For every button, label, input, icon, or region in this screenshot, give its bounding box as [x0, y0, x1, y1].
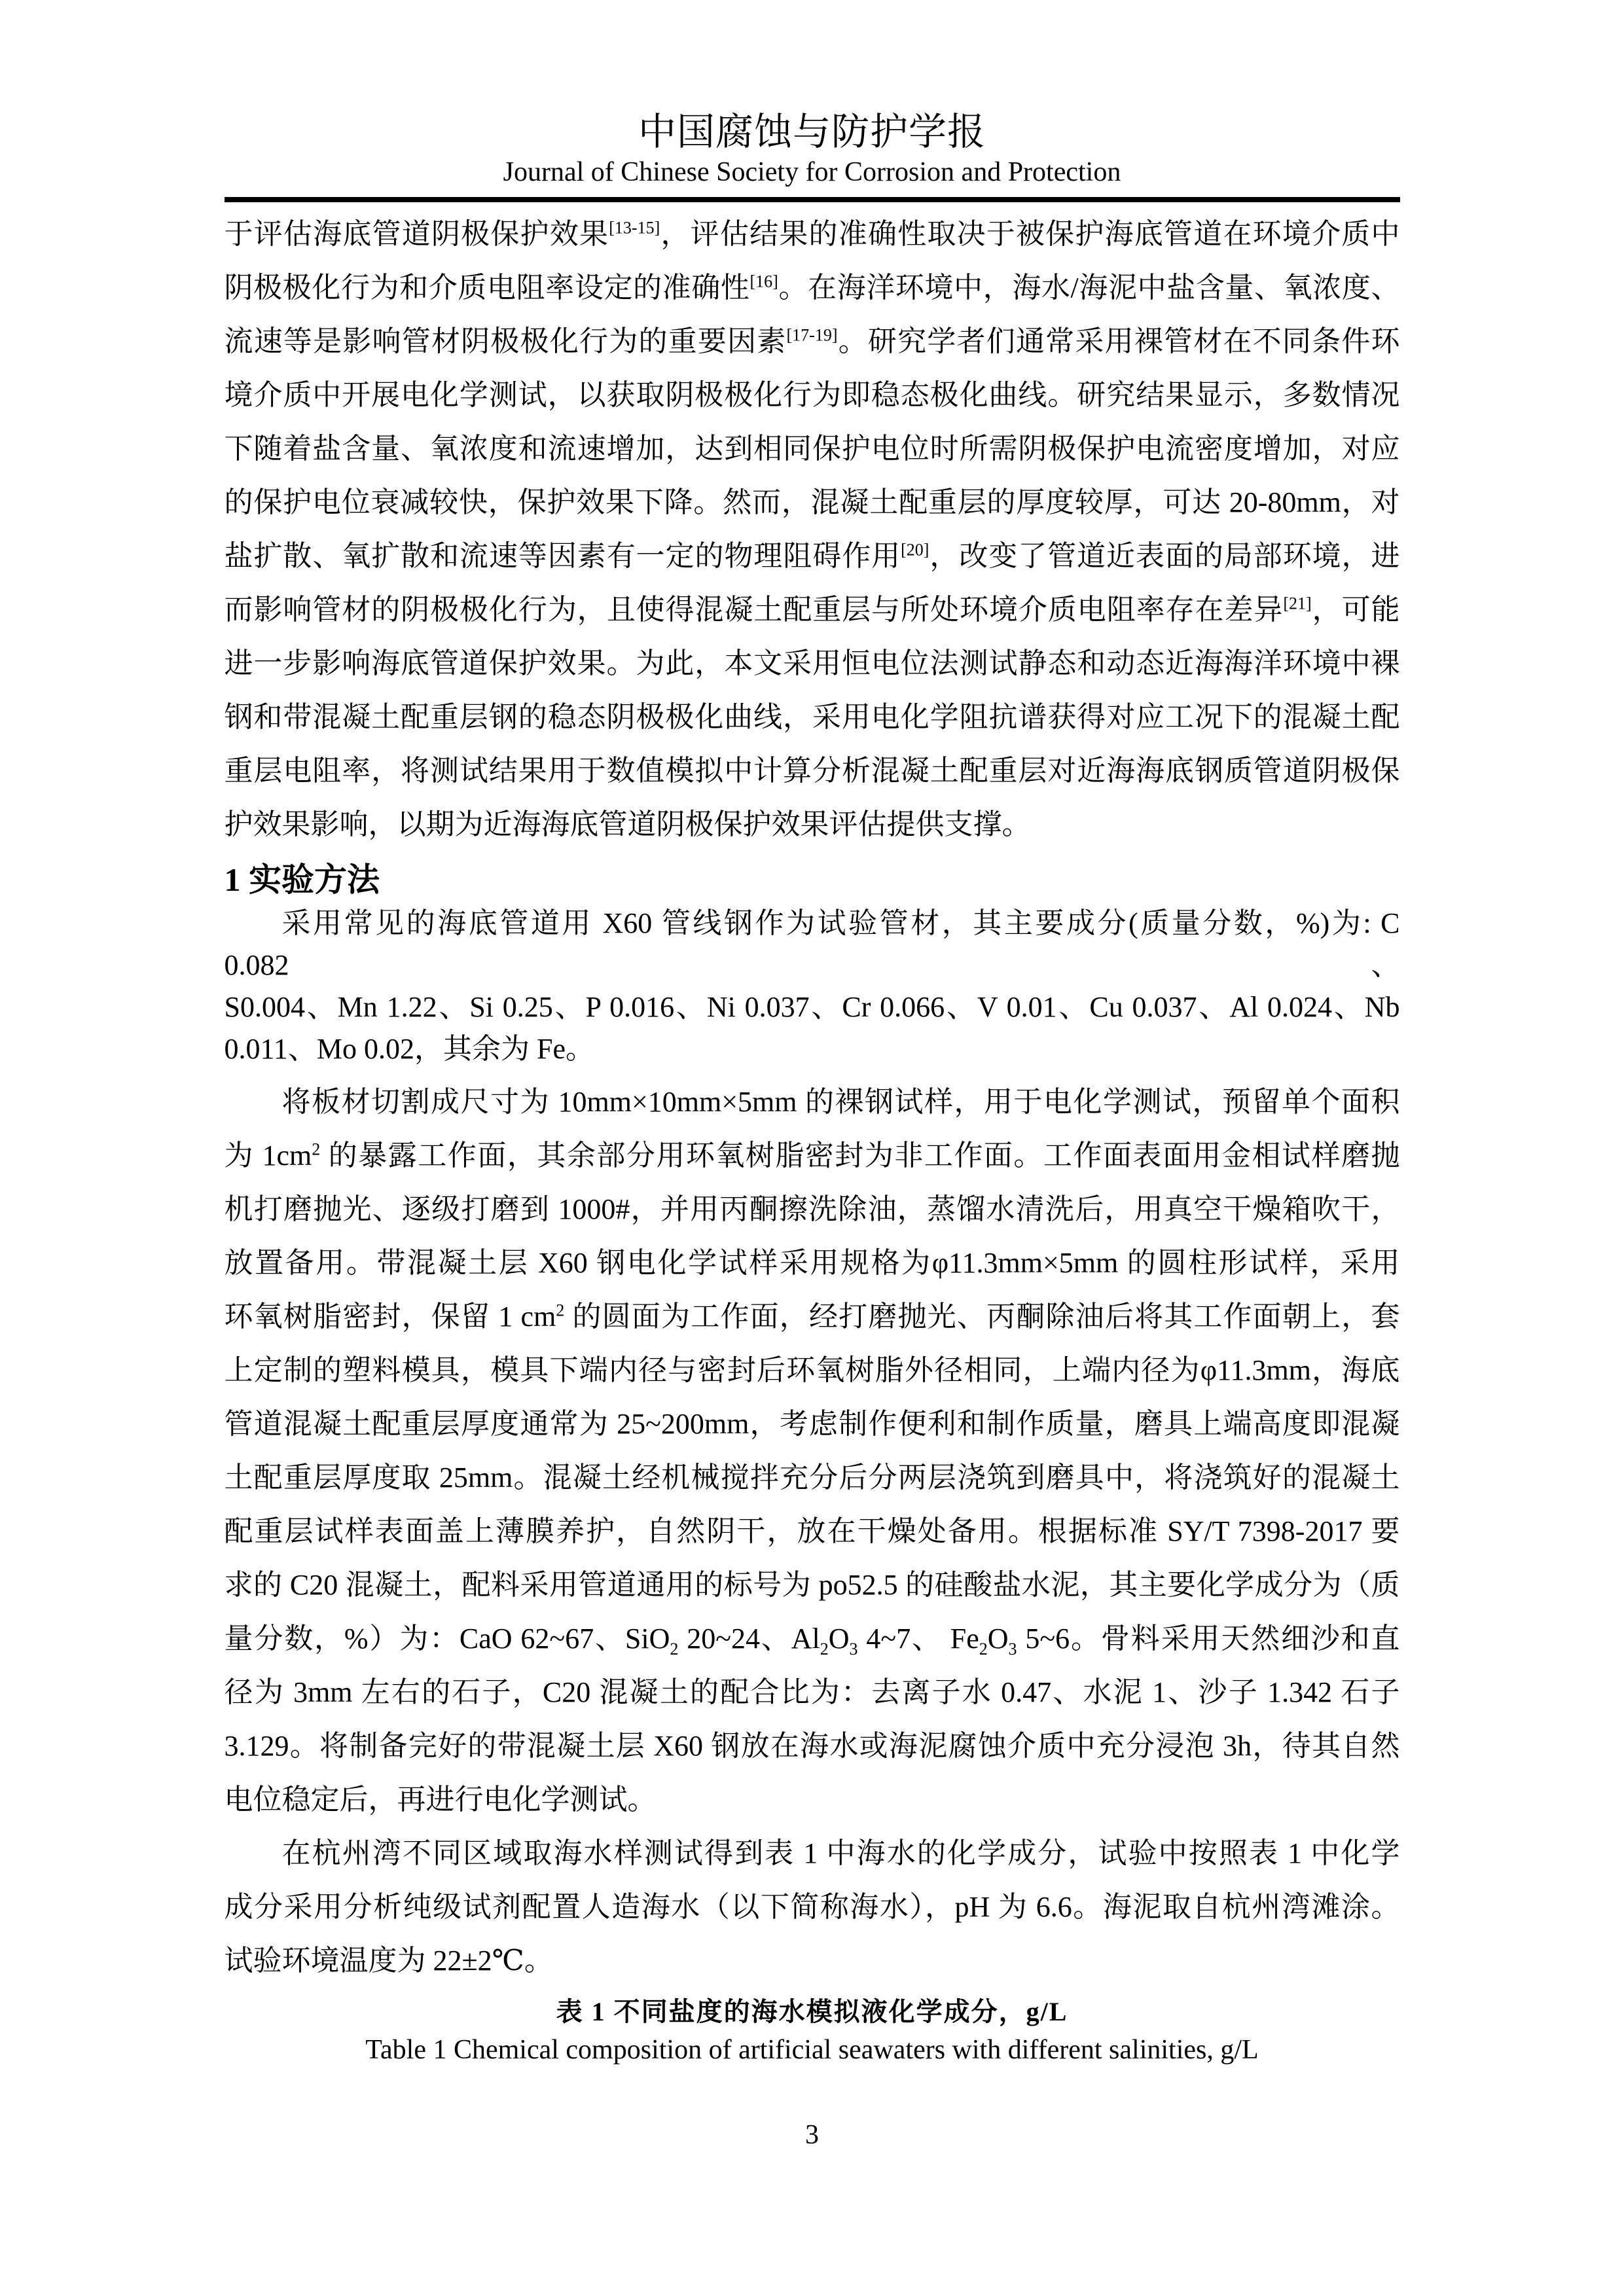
text-run: 护效果影响，以期为近海海底管道阴极保护效果评估提供支撑。: [225, 808, 1031, 840]
text-run: 为 1cm: [225, 1139, 312, 1172]
text-line: 环氧树脂密封，保留 1 cm2 的圆面为工作面，经打磨抛光、丙酮除油后将其工作面…: [225, 1290, 1400, 1344]
text-line: 3.129。将制备完好的带混凝土层 X60 钢放在海水或海泥腐蚀介质中充分浸泡 …: [225, 1719, 1400, 1773]
text-run: 钢和带混凝土配重层钢的稳态阴极极化曲线，采用电化学阻抗谱获得对应工况下的混凝土配: [225, 701, 1400, 733]
text-line: 量分数，%）为：CaO 62~67、SiO2 20~24、Al2O3 4~7、 …: [225, 1612, 1400, 1666]
header-rule: [225, 197, 1400, 202]
text-line: 在杭州湾不同区域取海水样测试得到表 1 中海水的化学成分，试验中按照表 1 中化…: [225, 1827, 1400, 1880]
text-run: 环氧树脂密封，保留 1 cm: [225, 1300, 556, 1333]
superscript-reference: [13-15]: [609, 219, 660, 238]
text-line: 径为 3mm 左右的石子，C20 混凝土的配合比为：去离子水 0.47、水泥 1…: [225, 1666, 1400, 1719]
text-line: 机打磨抛光、逐级打磨到 1000#，并用丙酮擦洗除油，蒸馏水清洗后，用真空干燥箱…: [225, 1183, 1400, 1236]
text-run: 电位稳定后，再进行电化学测试。: [225, 1784, 657, 1816]
text-run: 的保护电位衰减较快，保护效果下降。然而，混凝土配重层的厚度较厚，可达 20-80…: [225, 486, 1400, 518]
superscript-reference: [16]: [750, 272, 778, 291]
text-line: 境介质中开展电化学测试，以获取阴极极化行为即稳态极化曲线。研究结果显示，多数情况: [225, 368, 1400, 422]
text-run: 流速等是影响管材阴极极化行为的重要因素: [225, 325, 787, 357]
text-run: 。研究学者们通常采用裸管材在不同条件环: [838, 325, 1400, 357]
text-run: 采用常见的海底管道用 X60 管线钢作为试验管材，其主要成分(质量分数，%)为:…: [225, 907, 1400, 981]
text-run: 盐扩散、氧扩散和流速等因素有一定的物理阻碍作用: [225, 540, 901, 572]
text-run: 的暴露工作面，其余部分用环氧树脂密封为非工作面。工作面表面用金相试样磨抛: [320, 1139, 1399, 1172]
paragraph: 在杭州湾不同区域取海水样测试得到表 1 中海水的化学成分，试验中按照表 1 中化…: [225, 1827, 1400, 1988]
text-run: O: [988, 1623, 1009, 1655]
text-run: 上定制的塑料模具，模具下端内径与密封后环氧树脂外径相同，上端内径为φ11.3mm…: [225, 1354, 1400, 1386]
table-caption-chinese: 表 1 不同盐度的海水模拟液化学成分，g/L: [225, 1993, 1400, 2031]
text-line: 而影响管材的阴极极化行为，且使得混凝土配重层与所处环境介质电阻率存在差异[21]…: [225, 583, 1400, 637]
text-line: 电位稳定后，再进行电化学测试。: [225, 1773, 1400, 1827]
text-line: 流速等是影响管材阴极极化行为的重要因素[17-19]。研究学者们通常采用裸管材在…: [225, 315, 1400, 368]
page-number: 3: [0, 2119, 1624, 2151]
chemical-subscript: 2: [979, 1640, 988, 1659]
text-run: 成分采用分析纯级试剂配置人造海水（以下简称海水），pH 为 6.6。海泥取自杭州…: [225, 1891, 1400, 1923]
text-line: 于评估海底管道阴极保护效果[13-15]，评估结果的准确性取决于被保护海底管道在…: [225, 207, 1400, 261]
text-line: 盐扩散、氧扩散和流速等因素有一定的物理阻碍作用[20]，改变了管道近表面的局部环…: [225, 529, 1400, 583]
text-run: 3.129。将制备完好的带混凝土层 X60 钢放在海水或海泥腐蚀介质中充分浸泡 …: [225, 1730, 1400, 1762]
text-line: 为 1cm2 的暴露工作面，其余部分用环氧树脂密封为非工作面。工作面表面用金相试…: [225, 1129, 1400, 1183]
text-run: 配重层试样表面盖上薄膜养护，自然阴干，放在干燥处备用。根据标准 SY/T 739…: [225, 1515, 1400, 1547]
text-line: 钢和带混凝土配重层钢的稳态阴极极化曲线，采用电化学阻抗谱获得对应工况下的混凝土配: [225, 691, 1400, 744]
text-line: 将板材切割成尺寸为 10mm×10mm×5mm 的裸钢试样，用于电化学测试，预留…: [225, 1075, 1400, 1129]
text-run: ，可能: [1312, 594, 1400, 626]
text-run: 在杭州湾不同区域取海水样测试得到表 1 中海水的化学成分，试验中按照表 1 中化…: [282, 1837, 1400, 1869]
superscript-reference: 2: [556, 1301, 564, 1320]
text-run: 。在海洋环境中，海水/海泥中盐含量、氧浓度、: [778, 272, 1400, 304]
paragraph: 采用常见的海底管道用 X60 管线钢作为试验管材，其主要成分(质量分数，%)为:…: [225, 903, 1400, 1070]
text-run: 将板材切割成尺寸为 10mm×10mm×5mm 的裸钢试样，用于电化学测试，预留…: [282, 1086, 1400, 1118]
text-line: 上定制的塑料模具，模具下端内径与密封后环氧树脂外径相同，上端内径为φ11.3mm…: [225, 1344, 1400, 1397]
text-run: 境介质中开展电化学测试，以获取阴极极化行为即稳态极化曲线。研究结果显示，多数情况: [225, 379, 1400, 411]
text-line: 0.011、Mo 0.02，其余为 Fe。: [225, 1028, 1400, 1070]
text-run: 管道混凝土配重层厚度通常为 25~200mm，考虑制作便利和制作质量，磨具上端高…: [225, 1408, 1400, 1440]
text-line: 放置备用。带混凝土层 X60 钢电化学试样采用规格为φ11.3mm×5mm 的圆…: [225, 1236, 1400, 1290]
text-run: 而影响管材的阴极极化行为，且使得混凝土配重层与所处环境介质电阻率存在差异: [225, 594, 1284, 626]
paragraph: 将板材切割成尺寸为 10mm×10mm×5mm 的裸钢试样，用于电化学测试，预留…: [225, 1075, 1400, 1827]
text-run: ，评估结果的准确性取决于被保护海底管道在环境介质中: [660, 218, 1399, 250]
text-run: 20~24、Al: [678, 1623, 820, 1655]
text-run: 量分数，%）为：CaO 62~67、SiO: [225, 1623, 670, 1655]
text-line: S0.004、Mn 1.22、Si 0.25、P 0.016、Ni 0.037、…: [225, 986, 1400, 1028]
text-run: ，改变了管道近表面的局部环境，进: [929, 540, 1399, 572]
table-caption-english: Table 1 Chemical composition of artifici…: [225, 2031, 1400, 2069]
document-page: 中国腐蚀与防护学报 Journal of Chinese Society for…: [0, 0, 1624, 2296]
chemical-subscript: 2: [670, 1640, 678, 1659]
text-run: 试验环境温度为 22±2℃。: [225, 1945, 553, 1977]
text-line: 进一步影响海底管道保护效果。为此，本文采用恒电位法测试静态和动态近海海洋环境中裸: [225, 637, 1400, 691]
text-line: 下随着盐含量、氧浓度和流速增加，达到相同保护电位时所需阴极保护电流密度增加，对应: [225, 422, 1400, 476]
text-run: 土配重层厚度取 25mm。混凝土经机械搅拌充分后分两层浇筑到磨具中，将浇筑好的混…: [225, 1462, 1400, 1494]
paragraph: 于评估海底管道阴极保护效果[13-15]，评估结果的准确性取决于被保护海底管道在…: [225, 207, 1400, 852]
chemical-subscript: 2: [820, 1640, 829, 1659]
chemical-subscript: 3: [1009, 1640, 1017, 1659]
text-line: 的保护电位衰减较快，保护效果下降。然而，混凝土配重层的厚度较厚，可达 20-80…: [225, 476, 1400, 529]
text-line: 土配重层厚度取 25mm。混凝土经机械搅拌充分后分两层浇筑到磨具中，将浇筑好的混…: [225, 1451, 1400, 1505]
superscript-reference: [17-19]: [787, 326, 838, 345]
text-run: 放置备用。带混凝土层 X60 钢电化学试样采用规格为φ11.3mm×5mm 的圆…: [225, 1247, 1400, 1279]
text-run: 径为 3mm 左右的石子，C20 混凝土的配合比为：去离子水 0.47、水泥 1…: [225, 1676, 1400, 1708]
superscript-reference: [21]: [1283, 594, 1311, 613]
text-line: 重层电阻率，将测试结果用于数值模拟中计算分析混凝土配重层对近海海底钢质管道阴极保: [225, 744, 1400, 798]
text-run: O: [829, 1623, 850, 1655]
text-line: 试验环境温度为 22±2℃。: [225, 1934, 1400, 1988]
text-run: 0.011、Mo 0.02，其余为 Fe。: [225, 1033, 595, 1065]
text-line: 阴极极化行为和介质电阻率设定的准确性[16]。在海洋环境中，海水/海泥中盐含量、…: [225, 261, 1400, 315]
journal-title-chinese: 中国腐蚀与防护学报: [0, 111, 1624, 154]
text-run: 重层电阻率，将测试结果用于数值模拟中计算分析混凝土配重层对近海海底钢质管道阴极保: [225, 755, 1400, 787]
text-run: 阴极极化行为和介质电阻率设定的准确性: [225, 272, 750, 304]
journal-header: 中国腐蚀与防护学报 Journal of Chinese Society for…: [0, 0, 1624, 202]
text-line: 求的 C20 混凝土，配料采用管道通用的标号为 po52.5 的硅酸盐水泥，其主…: [225, 1558, 1400, 1612]
document-body: 于评估海底管道阴极保护效果[13-15]，评估结果的准确性取决于被保护海底管道在…: [225, 202, 1400, 2069]
text-line: 管道混凝土配重层厚度通常为 25~200mm，考虑制作便利和制作质量，磨具上端高…: [225, 1397, 1400, 1451]
text-run: 5~6。骨料采用天然细沙和直: [1017, 1623, 1400, 1655]
superscript-reference: 2: [312, 1140, 320, 1159]
text-run: 求的 C20 混凝土，配料采用管道通用的标号为 po52.5 的硅酸盐水泥，其主…: [225, 1569, 1400, 1601]
text-run: S0.004、Mn 1.22、Si 0.25、P 0.016、Ni 0.037、…: [225, 991, 1400, 1023]
text-run: 于评估海底管道阴极保护效果: [225, 218, 609, 250]
text-run: 下随着盐含量、氧浓度和流速增加，达到相同保护电位时所需阴极保护电流密度增加，对应: [225, 433, 1400, 465]
text-run: 进一步影响海底管道保护效果。为此，本文采用恒电位法测试静态和动态近海海洋环境中裸: [225, 647, 1400, 679]
text-run: 的圆面为工作面，经打磨抛光、丙酮除油后将其工作面朝上，套: [564, 1300, 1399, 1333]
text-line: 采用常见的海底管道用 X60 管线钢作为试验管材，其主要成分(质量分数，%)为:…: [225, 903, 1400, 986]
text-line: 成分采用分析纯级试剂配置人造海水（以下简称海水），pH 为 6.6。海泥取自杭州…: [225, 1880, 1400, 1934]
section-heading: 1 实验方法: [225, 861, 1400, 899]
text-line: 配重层试样表面盖上薄膜养护，自然阴干，放在干燥处备用。根据标准 SY/T 739…: [225, 1505, 1400, 1558]
text-line: 护效果影响，以期为近海海底管道阴极保护效果评估提供支撑。: [225, 798, 1400, 852]
journal-title-english: Journal of Chinese Society for Corrosion…: [0, 156, 1624, 188]
text-run: 4~7、 Fe: [858, 1623, 979, 1655]
chemical-subscript: 3: [850, 1640, 858, 1659]
text-run: 机打磨抛光、逐级打磨到 1000#，并用丙酮擦洗除油，蒸馏水清洗后，用真空干燥箱…: [225, 1193, 1400, 1225]
superscript-reference: [20]: [901, 541, 929, 560]
